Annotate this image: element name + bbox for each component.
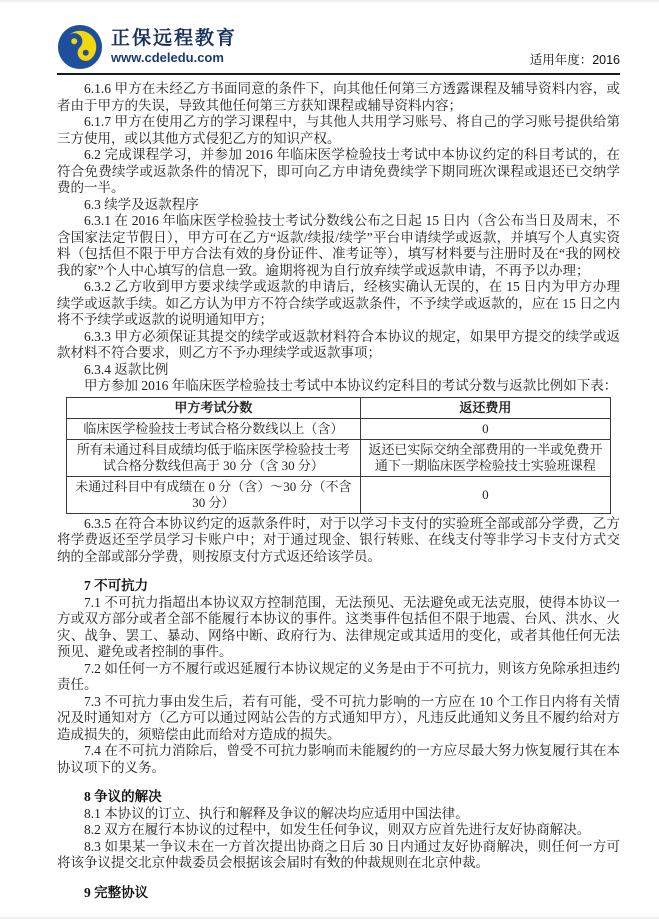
section-heading: 7 不可抗力 — [57, 578, 620, 595]
paragraph: 6.3.5 在符合本协议约定的返款条件时，对于以学习卡支付的实验班全部或部分学费… — [57, 516, 620, 566]
table-header-row: 甲方考试分数返还费用 — [67, 397, 611, 418]
paragraph: 8.2 双方在履行本协议的过程中，如发生任何争议，则双方应首先进行友好协商解决。 — [57, 822, 620, 839]
body-section-refund: 6.1.6 甲方在未经乙方书面同意的条件下，向其他任何第三方透露课程及辅导资料内… — [57, 81, 620, 395]
refund-table-body: 临床医学检验技士考试合格分数线以上（含）0所有未通过科目成绩均低于临床医学检验技… — [67, 418, 611, 513]
table-row: 所有未通过科目成绩均低于临床医学检验技士考试合格分数线但高于 30 分（含 30… — [67, 439, 611, 476]
table-row: 未通过科目中有成绩在 0 分（含）～30 分（不含 30 分）0 — [67, 476, 611, 513]
paragraph: 7.2 如任何一方不履行或迟延履行本协议规定的义务是由于不可抗力，则该方免除承担… — [57, 661, 620, 694]
refund-table-header: 甲方考试分数返还费用 — [67, 397, 611, 418]
paragraph: 6.3.4 返款比例 — [57, 362, 620, 379]
paragraph: 7.3 不可抗力事由发生后，若有可能，受不可抗力影响的一方应在 10 个工作日内… — [57, 694, 620, 744]
refund-ratio-table: 甲方考试分数返还费用 临床医学检验技士考试合格分数线以上（含）0所有未通过科目成… — [66, 397, 611, 514]
company-logo: 正保远程教育 www.cdeledu.com — [57, 24, 237, 70]
brand-website: www.cdeledu.com — [111, 51, 237, 65]
refund-amount-cell: 0 — [360, 476, 610, 513]
paragraph: 7.1 不可抗力指超出本协议双方控制范围，无法预见、无法避免或无法克服，使得本协… — [57, 595, 620, 661]
body-section-force-majeure: 6.3.5 在符合本协议约定的返款条件时，对于以学习卡支付的实验班全部或部分学费… — [57, 516, 620, 902]
paragraph: 6.3 续学及返款程序 — [57, 197, 620, 214]
paragraph: 6.3.2 乙方收到甲方要求续学或返款的申请后，经核实确认无误的，在 15 日内… — [57, 279, 620, 329]
paragraph: 甲方参加 2016 年临床医学检验技士考试中本协议约定科目的考试分数与返款比例如… — [57, 378, 620, 395]
paragraph: 7.4 在不可抗力消除后，曾受不可抗力影响而未能履约的一方应尽最大努力恢复履行其… — [57, 743, 620, 776]
brand-text: 正保远程教育 www.cdeledu.com — [111, 29, 237, 65]
table-column-header: 返还费用 — [360, 397, 610, 418]
swirl-logo-icon — [57, 24, 103, 70]
score-condition-cell: 所有未通过科目成绩均低于临床医学检验技士考试合格分数线但高于 30 分（含 30… — [67, 439, 361, 476]
paragraph: 8.1 本协议的订立、执行和解释及争议的解决均应适用中国法律。 — [57, 806, 620, 823]
table-column-header: 甲方考试分数 — [67, 397, 361, 418]
refund-amount-cell: 返还已实际交纳全部费用的一半或免费开通下一期临床医学检验技士实验班课程 — [360, 439, 610, 476]
applicable-year-label: 适用年度：2016 — [530, 50, 620, 70]
page-header: 正保远程教育 www.cdeledu.com 适用年度：2016 — [0, 2, 659, 70]
table-row: 临床医学检验技士考试合格分数线以上（含）0 — [67, 418, 611, 439]
paragraph: 6.3.3 甲方必须保证其提交的续学或返款材料符合本协议的规定，如果甲方提交的续… — [57, 329, 620, 362]
score-condition-cell: 未通过科目中有成绩在 0 分（含）～30 分（不含 30 分） — [67, 476, 361, 513]
paragraph: 6.1.7 甲方在使用乙方的学习课程中，与其他人共用学习账号、将自己的学习账号提… — [57, 114, 620, 147]
paragraph: 6.1.6 甲方在未经乙方书面同意的条件下，向其他任何第三方透露课程及辅导资料内… — [57, 81, 620, 114]
score-condition-cell: 临床医学检验技士考试合格分数线以上（含） — [67, 418, 361, 439]
refund-amount-cell: 0 — [360, 418, 610, 439]
document-body: 6.1.6 甲方在未经乙方书面同意的条件下，向其他任何第三方透露课程及辅导资料内… — [0, 75, 659, 901]
paragraph: 6.3.1 在 2016 年临床医学检验技士考试分数线公布之日起 15 日内（含… — [57, 213, 620, 279]
section-heading: 8 争议的解决 — [57, 789, 620, 806]
section-heading: 9 完整协议 — [57, 885, 620, 902]
page-number: 3 — [0, 850, 659, 866]
document-page: 正保远程教育 www.cdeledu.com 适用年度：2016 6.1.6 甲… — [0, 0, 659, 919]
brand-name: 正保远程教育 — [111, 29, 237, 49]
paragraph: 6.2 完成课程学习，并参加 2016 年临床医学检验技士考试中本协议约定的科目… — [57, 147, 620, 197]
